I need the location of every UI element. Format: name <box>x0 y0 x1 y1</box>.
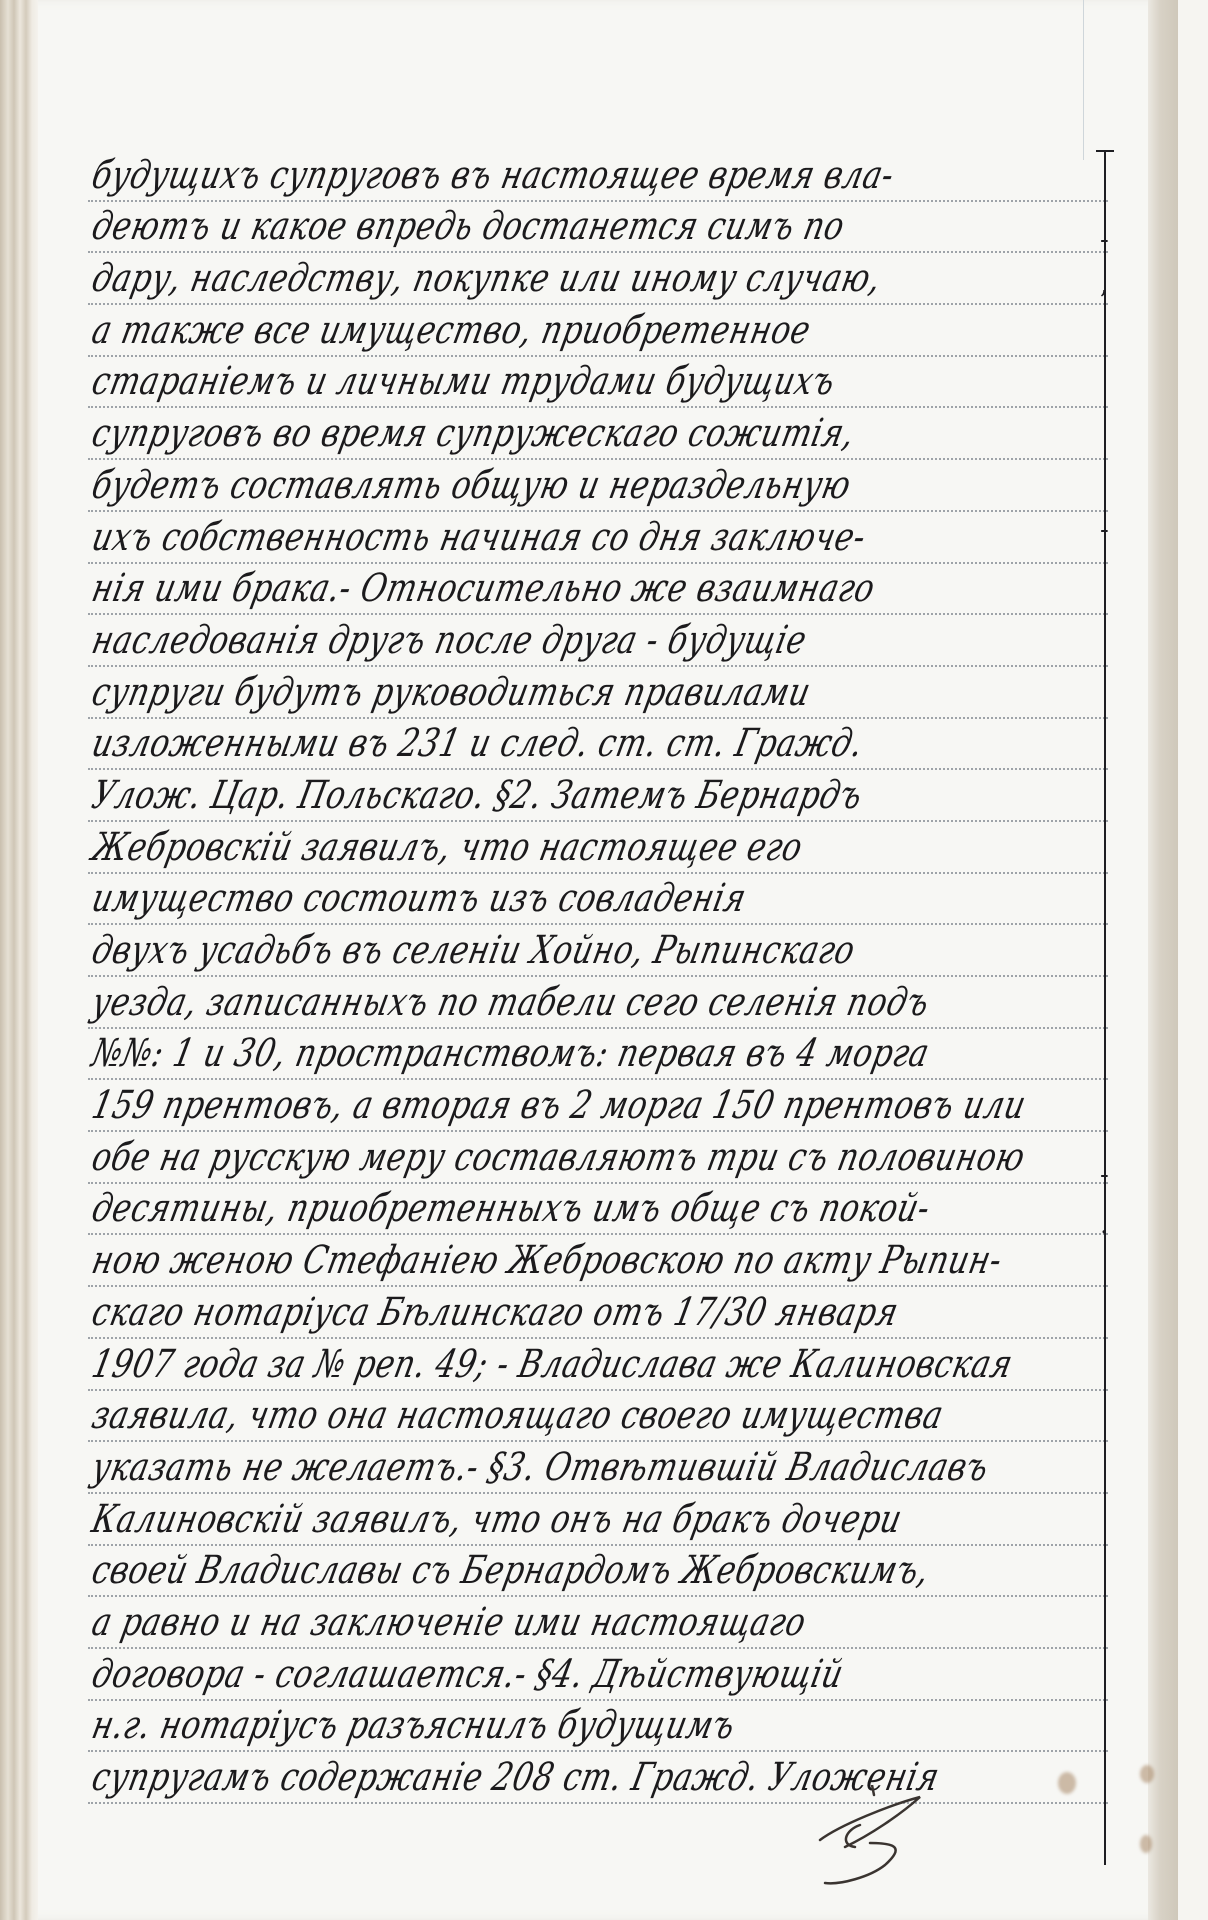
text-line: ною женою Стефаніею Жебровскою по акту Р… <box>88 1235 1108 1287</box>
text-line-content: изложенными въ 231 и след. ст. ст. Гражд… <box>88 721 867 766</box>
text-line-content: двухъ усадьбъ въ селеніи Хойно, Рыпинска… <box>88 928 859 973</box>
text-line-content: будетъ составлять общую и нераздельную <box>88 463 855 508</box>
text-line-content: супруговъ во время супружескаго сожитія, <box>88 411 859 456</box>
margin-mark: . <box>1100 1210 1108 1240</box>
text-line: договора - соглашается.- §4. Дѣйствующій <box>88 1649 1108 1701</box>
text-line-content: 159 прентовъ, а вторая въ 2 морга 150 пр… <box>88 1083 1030 1128</box>
text-line: 159 прентовъ, а вторая въ 2 морга 150 пр… <box>88 1080 1108 1132</box>
text-line-content: наследованія другъ после друга - будущіе <box>88 618 811 663</box>
text-line-content: уезда, записанныхъ по табели сего селені… <box>88 980 933 1025</box>
margin-rule-top-tick <box>1096 150 1114 152</box>
text-line-content: супруги будутъ руководиться правилами <box>88 670 815 715</box>
margin-mark: - <box>1100 1160 1109 1190</box>
text-line-content: ихъ собственность начиная со дня заключе… <box>88 515 870 560</box>
text-line: изложенными въ 231 и след. ст. ст. Гражд… <box>88 719 1108 771</box>
text-line-content: обе на русскую меру составляютъ три съ п… <box>88 1135 1029 1180</box>
text-line: будущихъ супруговъ въ настоящее время вл… <box>88 150 1108 202</box>
text-line-content: Калиновскій заявилъ, что онъ на бракъ до… <box>88 1497 906 1542</box>
paper-stain <box>1058 1772 1076 1794</box>
text-line-content: своей Владиславы съ Бернардомъ Жебровски… <box>88 1548 933 1593</box>
text-line: будетъ составлять общую и нераздельную <box>88 460 1108 512</box>
text-line-content: будущихъ супруговъ въ настоящее время вл… <box>88 153 898 198</box>
margin-mark: - <box>1100 225 1109 255</box>
text-line: десятины, приобретенныхъ имъ обще съ пок… <box>88 1184 1108 1236</box>
text-line-content: а равно и на заключеніе ими настоящаго <box>88 1600 810 1645</box>
text-line-content: скаго нотаріуса Бѣлинскаго отъ 17/30 янв… <box>88 1290 902 1335</box>
text-line: имущество состоитъ изъ совладенія <box>88 874 1108 926</box>
margin-mark: , <box>1100 270 1108 300</box>
book-scan-background: будущихъ супруговъ въ настоящее время вл… <box>0 0 1208 1920</box>
text-line-content: ною женою Стефаніею Жебровскою по акту Р… <box>88 1238 1006 1283</box>
text-line: указать не желаетъ.- §3. Отвѣтившій Влад… <box>88 1442 1108 1494</box>
text-line-content: стараніемъ и личными трудами будущихъ <box>88 359 839 404</box>
notary-signature-icon <box>800 1785 980 1895</box>
text-line-content: Улож. Цар. Польскаго. §2. Затемъ Бернард… <box>88 773 866 818</box>
text-line: ихъ собственность начиная со дня заключе… <box>88 512 1108 564</box>
text-line: нія ими брака.- Относительно же взаимнаг… <box>88 564 1108 616</box>
text-line-content: дару, наследству, покупке или иному случ… <box>88 256 885 301</box>
text-line: супруговъ во время супружескаго сожитія, <box>88 408 1108 460</box>
text-line: супруги будутъ руководиться правилами <box>88 667 1108 719</box>
text-line: наследованія другъ после друга - будущіе <box>88 615 1108 667</box>
text-line-content: деютъ и какое впредь достанется симъ по <box>88 204 849 249</box>
text-line-content: №№: 1 и 30, пространствомъ: первая въ 4 … <box>88 1031 933 1076</box>
right-margin-rule <box>1104 150 1106 1865</box>
text-line: двухъ усадьбъ въ селеніи Хойно, Рыпинска… <box>88 925 1108 977</box>
text-line-content: заявила, что она настоящаго своего имуще… <box>88 1393 947 1438</box>
paper-stain <box>1140 1835 1152 1853</box>
text-line: стараніемъ и личными трудами будущихъ <box>88 357 1108 409</box>
text-line-content: н.г. нотаріусъ разъяснилъ будущимъ <box>88 1703 739 1748</box>
text-line: а равно и на заключеніе ими настоящаго <box>88 1597 1108 1649</box>
handwritten-text-block: будущихъ супруговъ въ настоящее время вл… <box>88 150 1108 1804</box>
text-line: №№: 1 и 30, пространствомъ: первая въ 4 … <box>88 1029 1108 1081</box>
paper-stain <box>1140 1765 1154 1783</box>
text-line-content: указать не желаетъ.- §3. Отвѣтившій Влад… <box>88 1445 993 1490</box>
text-line: заявила, что она настоящаго своего имуще… <box>88 1391 1108 1443</box>
text-line-content: десятины, приобретенныхъ имъ обще съ пок… <box>88 1186 934 1231</box>
margin-mark: - <box>1100 515 1109 545</box>
text-line-content: нія ими брака.- Относительно же взаимнаг… <box>88 566 879 611</box>
text-line: уезда, записанныхъ по табели сего селені… <box>88 977 1108 1029</box>
text-line: обе на русскую меру составляютъ три съ п… <box>88 1132 1108 1184</box>
text-line: Калиновскій заявилъ, что онъ на бракъ до… <box>88 1494 1108 1546</box>
text-line: деютъ и какое впредь достанется симъ по <box>88 202 1108 254</box>
text-line-content: договора - соглашается.- §4. Дѣйствующій <box>88 1652 847 1697</box>
text-line: 1907 года за № реп. 49; - Владислава же … <box>88 1339 1108 1391</box>
text-line: н.г. нотаріусъ разъяснилъ будущимъ <box>88 1701 1108 1753</box>
text-line: Жебровскій заявилъ, что настоящее его <box>88 822 1108 874</box>
text-line: своей Владиславы съ Бернардомъ Жебровски… <box>88 1546 1108 1598</box>
text-line-content: имущество состоитъ изъ совладенія <box>88 876 750 921</box>
text-line: скаго нотаріуса Бѣлинскаго отъ 17/30 янв… <box>88 1287 1108 1339</box>
text-line: Улож. Цар. Польскаго. §2. Затемъ Бернард… <box>88 770 1108 822</box>
page-edge-shadow <box>1148 0 1178 1920</box>
text-line-content: а также все имущество, приобретенное <box>88 308 815 353</box>
text-line-content: Жебровскій заявилъ, что настоящее его <box>88 825 807 870</box>
paper-fold-line <box>1083 0 1084 160</box>
text-line: а также все имущество, приобретенное <box>88 305 1108 357</box>
text-line: дару, наследству, покупке или иному случ… <box>88 253 1108 305</box>
text-line-content: 1907 года за № реп. 49; - Владислава же … <box>88 1342 1017 1387</box>
